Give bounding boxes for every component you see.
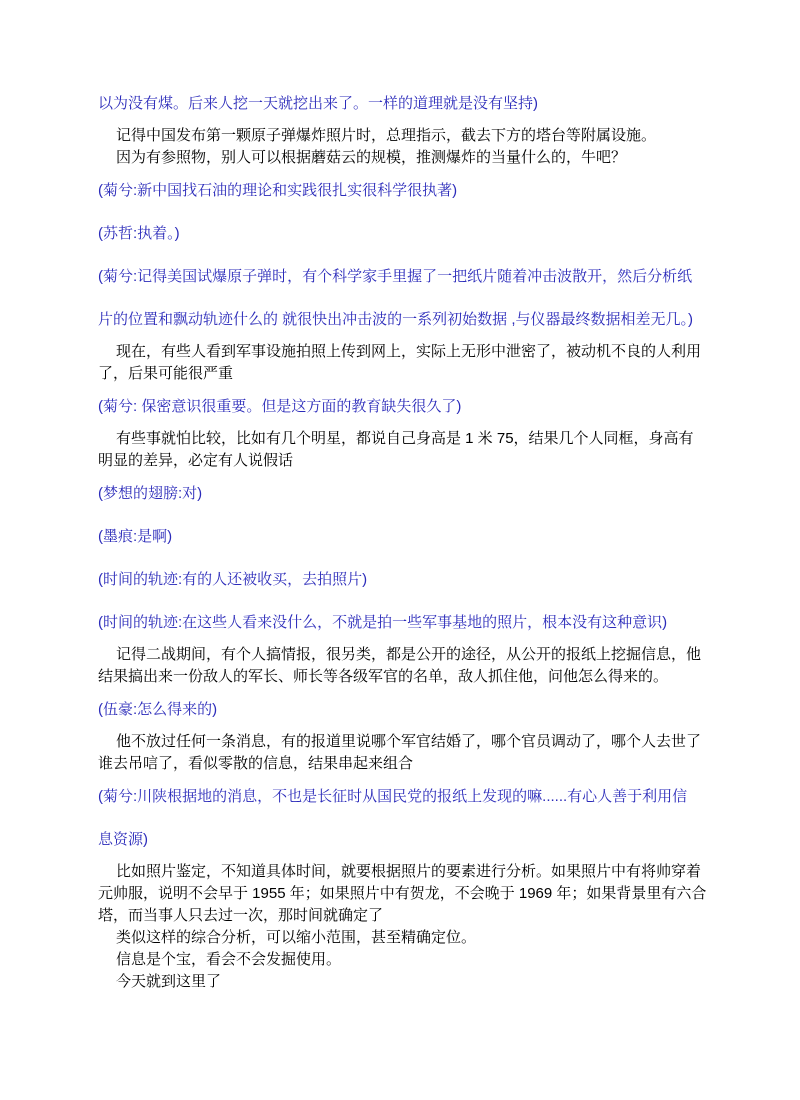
chat-message-line: (梦想的翅膀:对) <box>98 472 710 515</box>
document-page: 以为没有煤。后来人挖一天就挖出来了。一样的道理就是没有坚持) 记得中国发布第一颗… <box>0 0 800 1100</box>
narration-line: 谁去吊唁了，看似零散的信息，结果串起来组合 <box>98 753 710 775</box>
chat-message-line: (菊兮: 保密意识很重要。但是这方面的教育缺失很久了) <box>98 385 710 428</box>
narration-line: 因为有参照物，别人可以根据蘑菇云的规模，推测爆炸的当量什么的，牛吧？ <box>98 147 710 169</box>
narration-line: 现在，有些人看到军事设施拍照上传到网上，实际上无形中泄密了，被动机不良的人利用 <box>98 341 710 363</box>
narration-line: 明显的差异，必定有人说假话 <box>98 450 710 472</box>
chat-message-line: (时间的轨迹:有的人还被收买，去拍照片) <box>98 558 710 601</box>
chat-message-line: 以为没有煤。后来人挖一天就挖出来了。一样的道理就是没有坚持) <box>98 82 710 125</box>
chat-message-line: (菊兮:记得美国试爆原子弹时，有个科学家手里握了一把纸片随着冲击波散开，然后分析… <box>98 255 710 298</box>
narration-line: 记得二战期间，有个人搞情报，很另类，都是公开的途径，从公开的报纸上挖掘信息，他 <box>98 644 710 666</box>
narration-line: 信息是个宝，看会不会发掘使用。 <box>98 949 710 971</box>
narration-line: 元帅服，说明不会早于 1955 年；如果照片中有贺龙，不会晚于 1969 年；如… <box>98 883 710 905</box>
chat-message-line: (时间的轨迹:在这些人看来没什么，不就是拍一些军事基地的照片，根本没有这种意识) <box>98 601 710 644</box>
narration-line: 比如照片鉴定，不知道具体时间，就要根据照片的要素进行分析。如果照片中有将帅穿着 <box>98 861 710 883</box>
narration-line: 塔，而当事人只去过一次，那时间就确定了 <box>98 905 710 927</box>
narration-line: 他不放过任何一条消息，有的报道里说哪个军官结婚了，哪个官员调动了，哪个人去世了 <box>98 731 710 753</box>
narration-line: 类似这样的综合分析，可以缩小范围，甚至精确定位。 <box>98 927 710 949</box>
chat-message-line: 息资源) <box>98 818 710 861</box>
chat-message-line: (墨痕:是啊) <box>98 515 710 558</box>
chat-message-line: 片的位置和飘动轨迹什么的 就很快出冲击波的一系列初始数据 ,与仪器最终数据相差无… <box>98 298 710 341</box>
narration-line: 结果搞出来一份敌人的军长、师长等各级军官的名单，敌人抓住他，问他怎么得来的。 <box>98 666 710 688</box>
narration-line: 了，后果可能很严重 <box>98 363 710 385</box>
chat-message-line: (伍豪:怎么得来的) <box>98 688 710 731</box>
narration-line: 今天就到这里了 <box>98 971 710 993</box>
chat-message-line: (菊兮:新中国找石油的理论和实践很扎实很科学很执著) <box>98 169 710 212</box>
narration-line: 有些事就怕比较，比如有几个明星，都说自己身高是 1 米 75，结果几个人同框，身… <box>98 428 710 450</box>
chat-message-line: (苏哲:执着。) <box>98 212 710 255</box>
narration-line: 记得中国发布第一颗原子弹爆炸照片时，总理指示，截去下方的塔台等附属设施。 <box>98 125 710 147</box>
chat-message-line: (菊兮:川陕根据地的消息，不也是长征时从国民党的报纸上发现的嘛......有心人… <box>98 775 710 818</box>
transcript-text-block: 以为没有煤。后来人挖一天就挖出来了。一样的道理就是没有坚持) 记得中国发布第一颗… <box>98 82 710 993</box>
